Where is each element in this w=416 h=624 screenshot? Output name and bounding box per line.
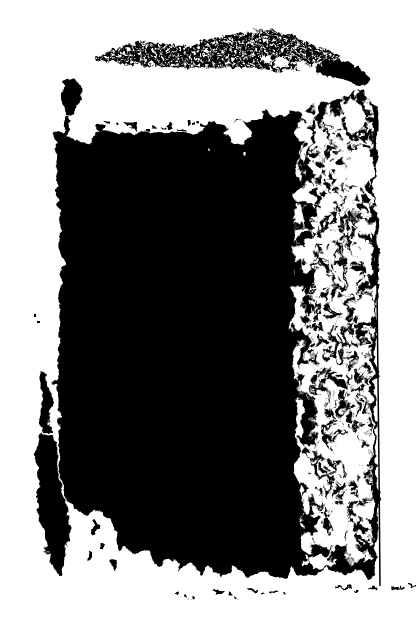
left-blob-tail [61, 115, 65, 139]
crackle-hole-2 [273, 55, 287, 65]
main-ink-mass [33, 77, 377, 578]
artwork-canvas [0, 0, 416, 624]
crackle-hole-1 [261, 53, 271, 61]
crackle-hole-3 [294, 60, 306, 68]
top-fleck-2 [242, 149, 245, 151]
mottle-band-fine [306, 118, 368, 545]
top-fleck-1 [206, 146, 209, 148]
top-edge-white-patch [225, 123, 249, 141]
abstract-ink-print [0, 0, 416, 624]
